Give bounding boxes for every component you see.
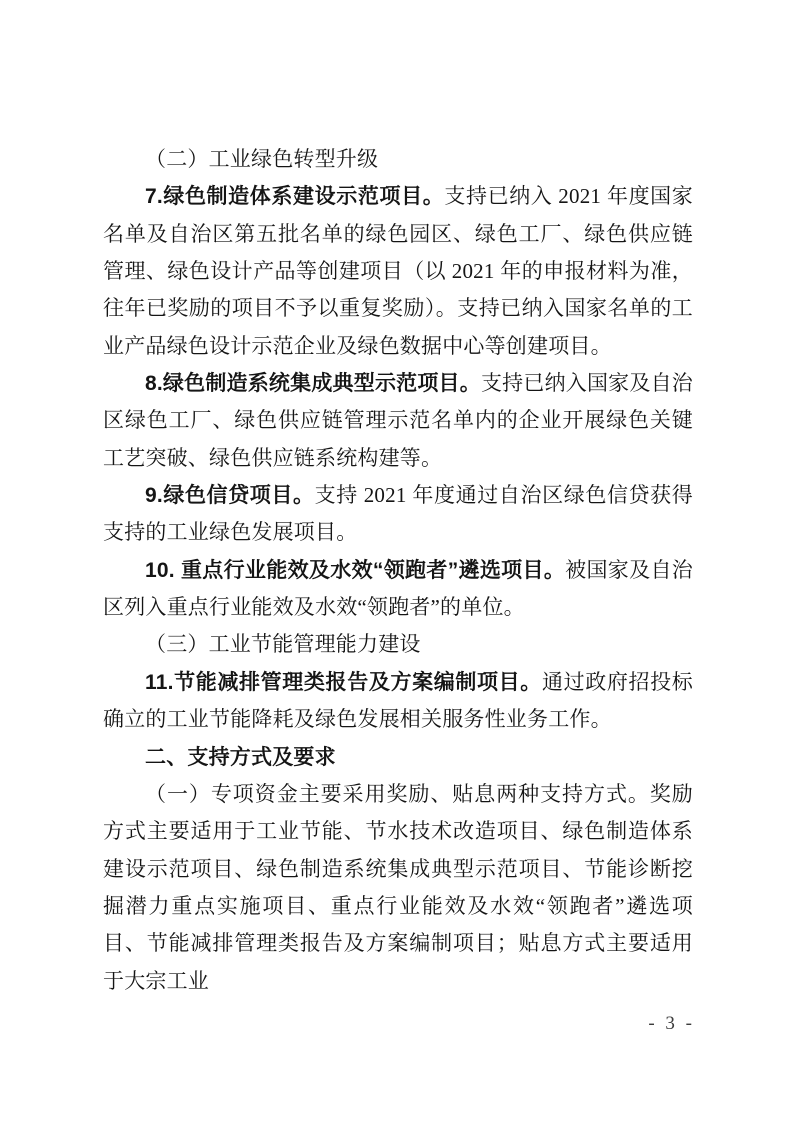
item-7-body: 支持已纳入 2021 年度国家名单及自治区第五批名单的绿色园区、绿色工厂、绿色供… — [103, 184, 693, 357]
document-content: （二）工业绿色转型升级 7.绿色制造体系建设示范项目。支持已纳入 2021 年度… — [103, 141, 693, 1000]
item-9-lead: 9.绿色信贷项目。 — [145, 484, 315, 507]
item-7-lead: 7.绿色制造体系建设示范项目。 — [145, 185, 444, 208]
item-10-lead: 10. 重点行业能效及水效“领跑者”遴选项目。 — [145, 559, 565, 582]
body-paragraph-support-methods: （一）专项资金主要采用奖励、贴息两种支持方式。奖励方式主要适用于工业节能、节水技… — [103, 776, 693, 1000]
item-paragraph-8: 8.绿色制造系统集成典型示范项目。支持已纳入国家及自治区绿色工厂、绿色供应链管理… — [103, 365, 693, 477]
item-11-lead: 11.节能减排管理类报告及方案编制项目。 — [145, 671, 542, 694]
document-page: （二）工业绿色转型升级 7.绿色制造体系建设示范项目。支持已纳入 2021 年度… — [0, 0, 793, 1122]
item-paragraph-11: 11.节能减排管理类报告及方案编制项目。通过政府招投标确立的工业节能降耗及绿色发… — [103, 664, 693, 739]
section-heading-support-methods: 二、支持方式及要求 — [103, 739, 693, 776]
subsection-heading-3: （三）工业节能管理能力建设 — [103, 626, 693, 663]
subsection-heading-2: （二）工业绿色转型升级 — [103, 141, 693, 178]
item-paragraph-9: 9.绿色信贷项目。支持 2021 年度通过自治区绿色信贷获得支持的工业绿色发展项… — [103, 477, 693, 552]
item-paragraph-7: 7.绿色制造体系建设示范项目。支持已纳入 2021 年度国家名单及自治区第五批名… — [103, 178, 693, 365]
item-8-lead: 8.绿色制造系统集成典型示范项目。 — [145, 372, 481, 395]
item-paragraph-10: 10. 重点行业能效及水效“领跑者”遴选项目。被国家及自治区列入重点行业能效及水… — [103, 552, 693, 627]
page-number-footer: - 3 - — [648, 1012, 695, 1036]
